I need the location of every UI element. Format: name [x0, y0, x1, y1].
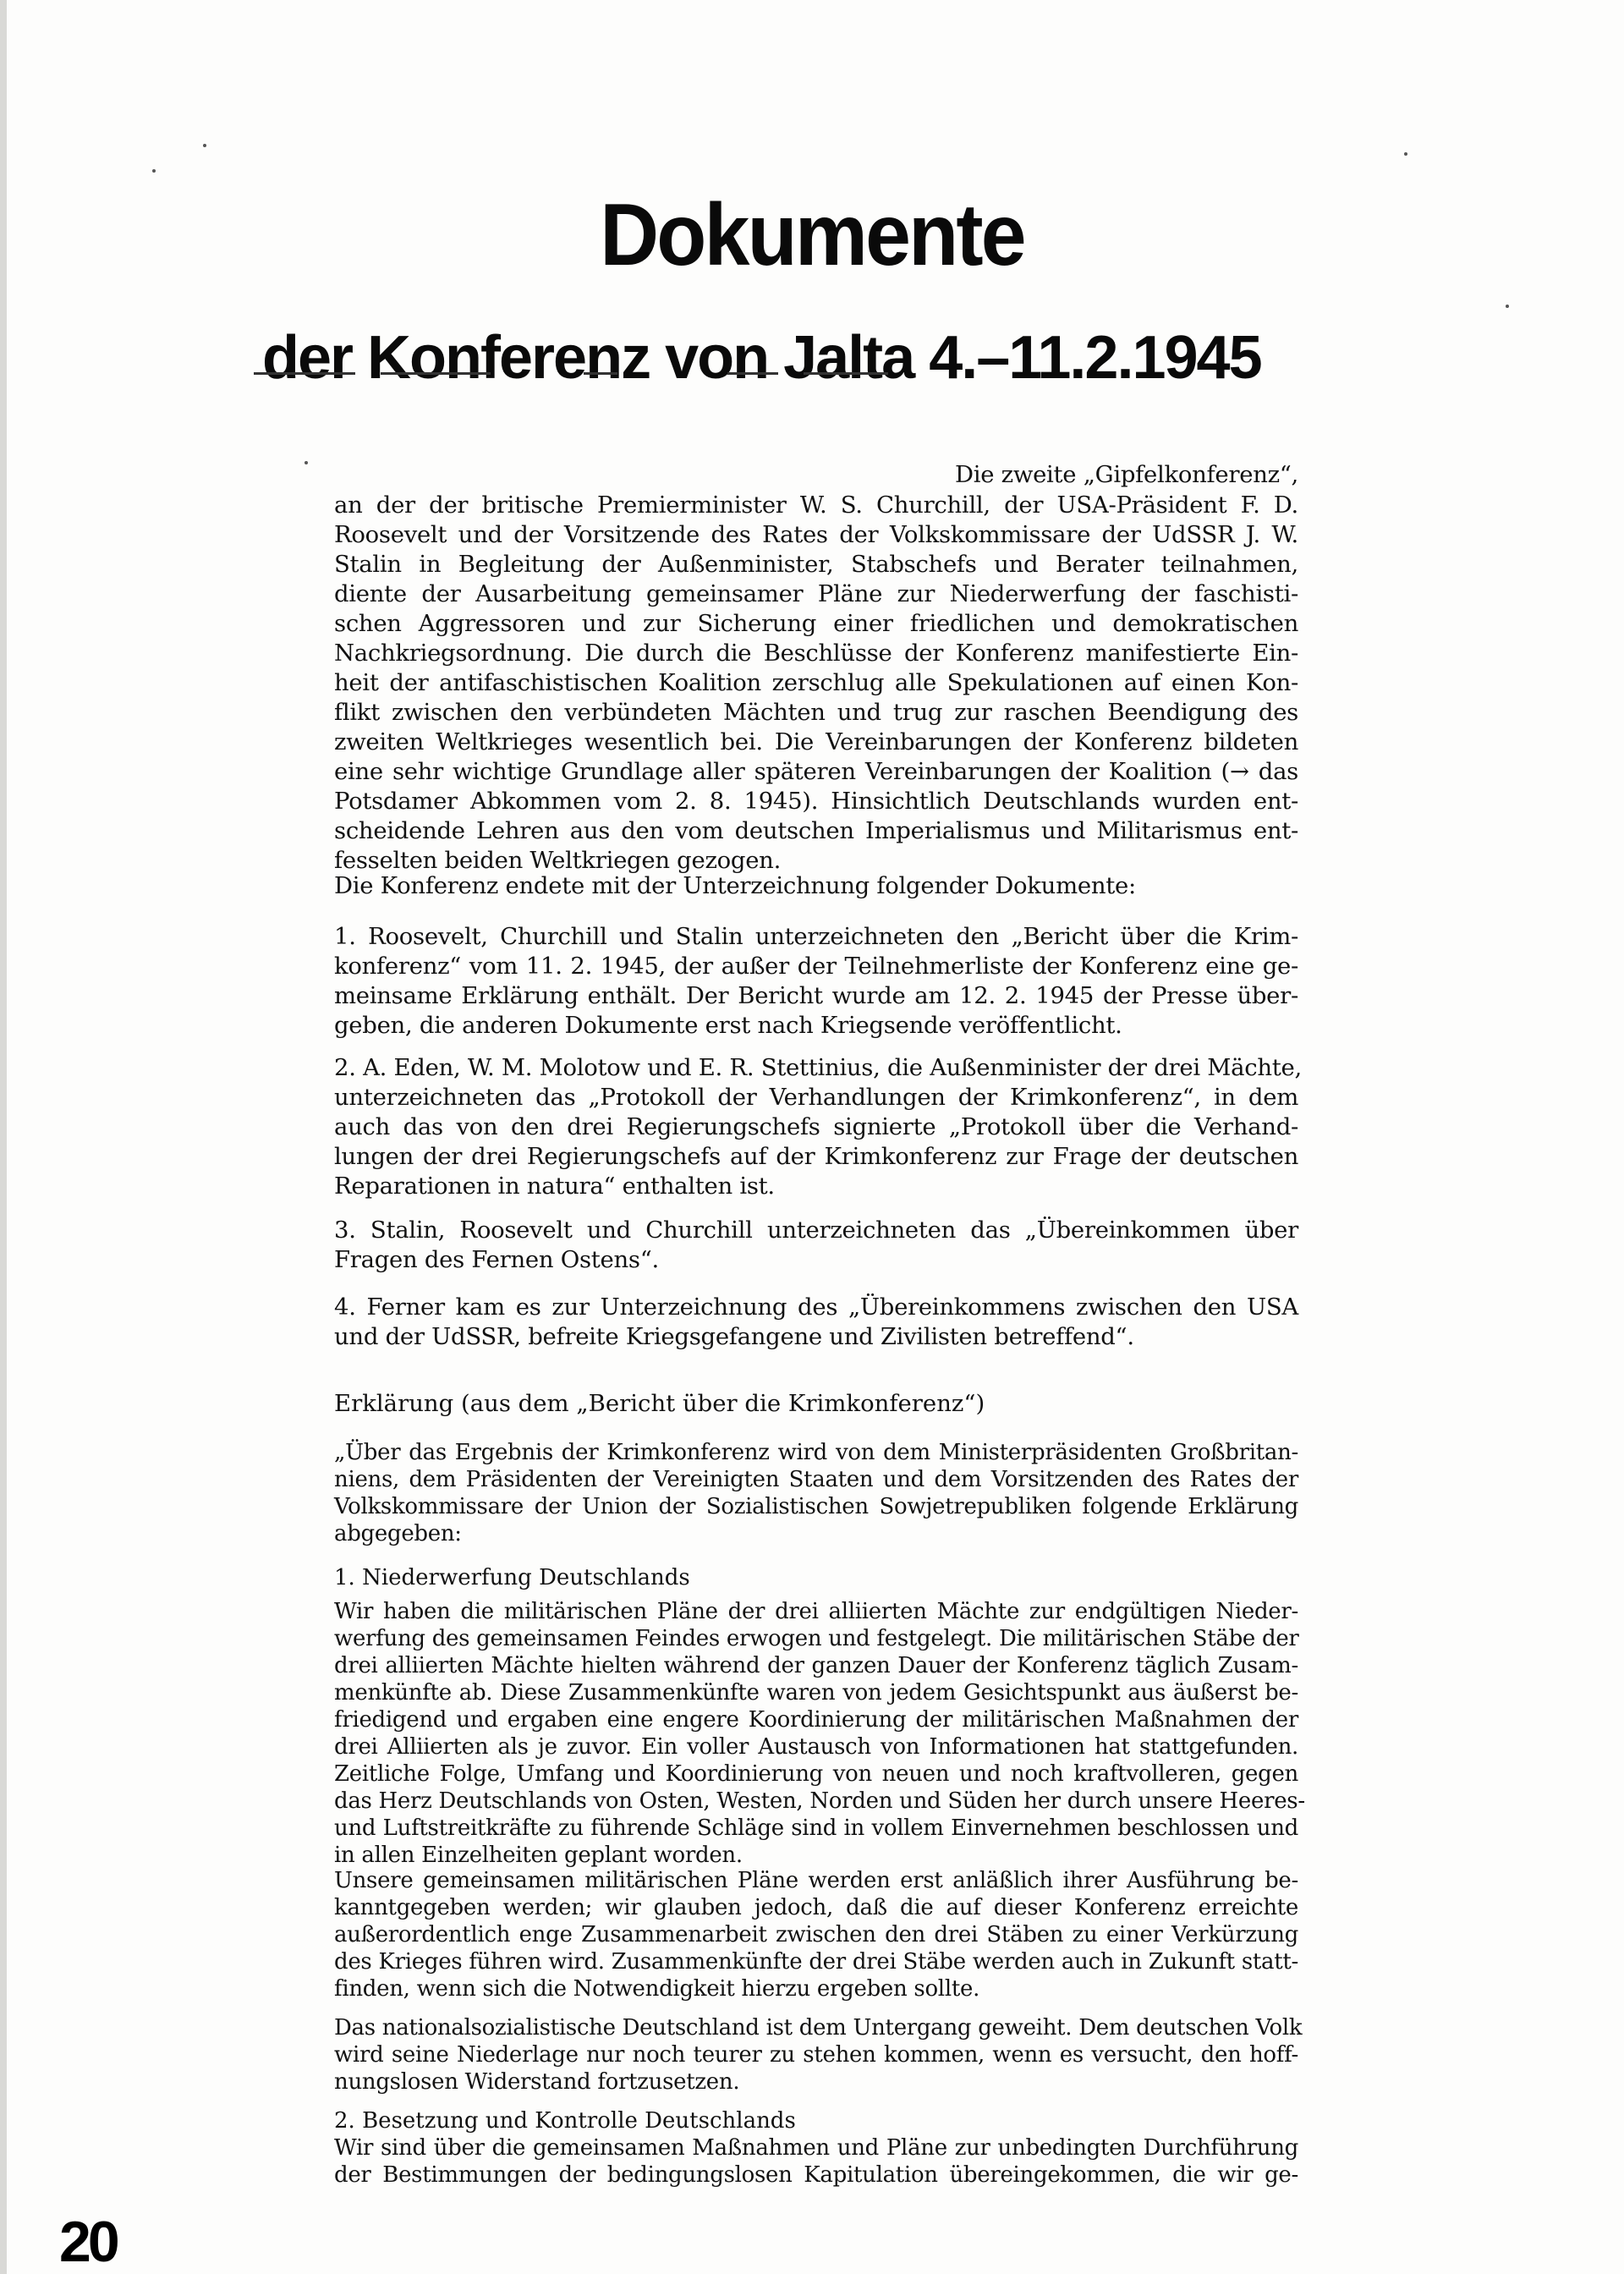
text-line: 3. Stalin, Roosevelt und Churchill unter…: [334, 1216, 1298, 1244]
text-line: Die Konferenz endete mit der Unterzeichn…: [334, 871, 1298, 900]
text-line: und Luftstreitkräfte zu führende Schläge…: [334, 1814, 1298, 1843]
text-line: schen Aggressoren und zur Sicherung eine…: [334, 609, 1298, 638]
text-line: Das nationalsozialistische Deutschland i…: [334, 2013, 1298, 2042]
text-line: 1. Roosevelt, Churchill und Stalin unter…: [334, 922, 1298, 951]
page-number: 20: [59, 2212, 117, 2271]
text-line: Roosevelt und der Vorsitzende des Rates …: [334, 520, 1298, 549]
text-line: heit der antifaschistischen Koalition ze…: [334, 668, 1298, 697]
text-line: meinsame Erklärung enthält. Der Bericht …: [334, 981, 1298, 1010]
section-heading-1: 1. Niederwerfung Deutschlands: [334, 1563, 690, 1592]
text-line: lungen der drei Regierungschefs auf der …: [334, 1142, 1298, 1171]
text-line: drei alliierten Mächte hielten während d…: [334, 1651, 1298, 1680]
text-line: niens, dem Präsidenten der Vereinigten S…: [334, 1465, 1298, 1494]
text-line: kanntgegeben werden; wir glauben jedoch,…: [334, 1893, 1298, 1922]
decorative-rule: [584, 372, 617, 375]
text-line: abgegeben:: [334, 1519, 1298, 1548]
text-line: auch das von den drei Regierungschefs si…: [334, 1112, 1298, 1141]
text-line: fesselten beiden Weltkriegen gezogen.: [334, 846, 1298, 875]
decorative-rule: [381, 372, 491, 375]
text-line: nungslosen Widerstand fortzusetzen.: [334, 2068, 1298, 2096]
text-line: 4. Ferner kam es zur Unterzeichnung des …: [334, 1293, 1298, 1321]
text-line: des Krieges führen wird. Zusammenkünfte …: [334, 1947, 1298, 1976]
text-line: Zeitliche Folge, Umfang und Koordinierun…: [334, 1760, 1298, 1788]
text-line: Wir sind über die gemeinsamen Maßnahmen …: [334, 2134, 1298, 2162]
text-line: Volkskommissare der Union der Sozialisti…: [334, 1492, 1298, 1521]
text-line: Wir haben die militärischen Pläne der dr…: [334, 1597, 1298, 1626]
text-line: diente der Ausarbeitung gemeinsamer Plän…: [334, 579, 1298, 608]
scan-edge: [0, 0, 7, 2274]
text-line: finden, wenn sich die Notwendigkeit hier…: [334, 1975, 1298, 2003]
decorative-rule: [727, 372, 778, 375]
text-line: werfung des gemeinsamen Feindes erwogen …: [334, 1624, 1298, 1653]
text-line: an der der britische Premierminister W. …: [334, 491, 1298, 519]
declaration-heading: Erklärung (aus dem „Bericht über die Kri…: [334, 1389, 985, 1418]
text-line: eine sehr wichtige Grundlage aller späte…: [334, 757, 1298, 786]
text-line: „Über das Ergebnis der Krimkonferenz wir…: [334, 1438, 1298, 1467]
scan-speck: [152, 169, 156, 173]
text-line: das Herz Deutschlands von Osten, Westen,…: [334, 1787, 1298, 1815]
decorative-rule: [804, 372, 888, 375]
text-line: zweiten Weltkrieges wesentlich bei. Die …: [334, 728, 1298, 756]
text-line: konferenz“ vom 11. 2. 1945, der außer de…: [334, 952, 1298, 980]
text-line: flikt zwischen den verbündeten Mächten u…: [334, 698, 1298, 727]
text-line: der Bestimmungen der bedingungslosen Kap…: [334, 2161, 1298, 2189]
text-line: und der UdSSR, befreite Kriegsgefangene …: [334, 1322, 1298, 1351]
text-line: Reparationen in natura“ enthalten ist.: [334, 1172, 1298, 1200]
page-title: Dokumente: [57, 184, 1567, 286]
decorative-rule: [254, 372, 355, 375]
text-line: 2. A. Eden, W. M. Molotow und E. R. Stet…: [334, 1053, 1298, 1082]
scan-speck: [203, 144, 206, 147]
text-line: in allen Einzelheiten geplant worden.: [334, 1841, 1298, 1870]
text-line: Stalin in Begleitung der Außenminister, …: [334, 550, 1298, 579]
text-line: Fragen des Fernen Ostens“.: [334, 1245, 1298, 1274]
scan-speck: [304, 461, 308, 464]
text-line: menkünfte ab. Diese Zusammenkünfte waren…: [334, 1678, 1298, 1707]
text-line: unterzeichneten das „Protokoll der Verha…: [334, 1083, 1298, 1112]
text-line: drei Alliierten als je zuvor. Ein voller…: [334, 1733, 1298, 1761]
scan-speck: [1404, 152, 1407, 156]
text-line: Unsere gemeinsamen militärischen Pläne w…: [334, 1866, 1298, 1895]
section-heading-2: 2. Besetzung und Kontrolle Deutschlands: [334, 2106, 796, 2135]
text-line: Potsdamer Abkommen vom 2. 8. 1945). Hins…: [334, 787, 1298, 816]
text-line: scheidende Lehren aus den vom deutschen …: [334, 816, 1298, 845]
page-subtitle: der Konferenz von Jalta 4.–11.2.1945: [262, 320, 1413, 396]
text-line: wird seine Niederlage nur noch teurer zu…: [334, 2041, 1298, 2069]
text-line: geben, die anderen Dokumente erst nach K…: [334, 1011, 1298, 1040]
text-line: Nachkriegsordnung. Die durch die Beschlü…: [334, 639, 1298, 667]
text-line: Die zweite „Gipfelkonferenz“,: [334, 460, 1298, 489]
text-line: friedigend und ergaben eine engere Koord…: [334, 1705, 1298, 1734]
scan-speck: [1506, 305, 1509, 308]
text-line: außerordentlich enge Zusammenarbeit zwis…: [334, 1920, 1298, 1949]
